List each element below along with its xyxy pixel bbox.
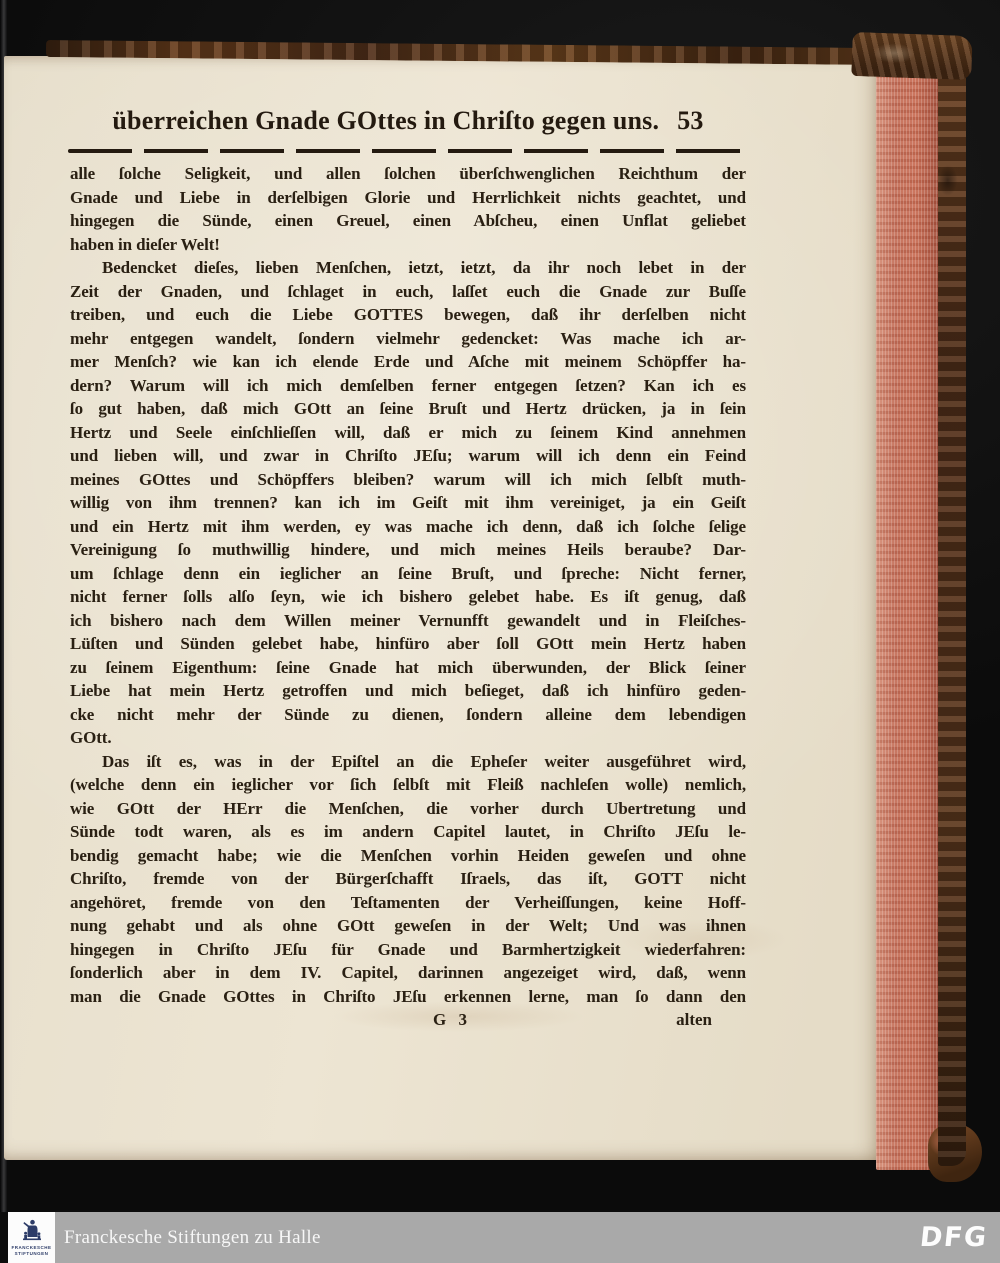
running-header: überreichen Gnade GOttes in Chriſto gege…	[70, 106, 746, 136]
text-block: alle ſolche Seligkeit, und allen ſolchen…	[70, 162, 746, 1008]
text-line: Zeit der Gnaden, und ſchlaget in euch, l…	[70, 280, 746, 304]
logo-caption-line1: FRANCKESCHE	[11, 1245, 51, 1251]
signature-mark: G 3	[433, 1008, 471, 1032]
text-line: meines GOttes und Schöpffers bleiben? wa…	[70, 468, 746, 492]
book-cover-corner	[851, 32, 972, 80]
text-line: (welche denn ein ieglicher vor ſich ſelb…	[70, 773, 746, 797]
text-line: ſo gut haben, daß mich GOtt an ſeine Bru…	[70, 397, 746, 421]
text-line: cke nicht mehr der Sünde zu dienen, ſond…	[70, 703, 746, 727]
signature-row: G 3 alten	[70, 1008, 746, 1032]
page-number: 53	[677, 106, 703, 135]
text-line: alle ſolche Seligkeit, und allen ſolchen…	[70, 162, 746, 186]
catchword: alten	[676, 1008, 712, 1032]
text-line: und ein Hertz mit ihm werden, ey was mac…	[70, 515, 746, 539]
text-line: treiben, und euch die Liebe GOTTES beweg…	[70, 303, 746, 327]
running-header-text: überreichen Gnade GOttes in Chriſto gege…	[112, 106, 659, 135]
book-cover-right-edge	[938, 46, 966, 1166]
footer-edge-sliver	[0, 1212, 8, 1263]
text-line: Das iſt es, was in der Epiſtel an die Ep…	[70, 750, 746, 774]
text-line: nung gehabt und als ohne GOtt geweſen in…	[70, 914, 746, 938]
text-line: Liebe hat mein Hertz getroffen und mich …	[70, 679, 746, 703]
book-page: überreichen Gnade GOttes in Chriſto gege…	[4, 56, 878, 1160]
text-line: GOtt.	[70, 726, 746, 750]
francke-statue-icon	[21, 1219, 43, 1243]
franckesche-stiftungen-logo[interactable]: FRANCKESCHE STIFTUNGEN	[8, 1212, 55, 1263]
text-line: um ſchlage denn ein ieglicher an ſeine B…	[70, 562, 746, 586]
text-line: und lieben will, und zwar in Chriſto JEſ…	[70, 444, 746, 468]
text-line: Hertz und Seele einſchlieſſen will, daß …	[70, 421, 746, 445]
text-line: hingegen in Chriſto JEſu für Gnade und B…	[70, 938, 746, 962]
text-line: angehöret, fremde von den Teſtamenten de…	[70, 891, 746, 915]
text-line: man die Gnade GOttes in Chriſto JEſu erk…	[70, 985, 746, 1009]
text-line: Vereinigung ſo muthwillig hindere, und m…	[70, 538, 746, 562]
text-line: dern? Warum will ich mich demſelben fern…	[70, 374, 746, 398]
text-line: haben in dieſer Welt!	[70, 233, 746, 257]
text-line: Gnade und Liebe in derſelbigen Glorie un…	[70, 186, 746, 210]
text-line: ich bishero nach dem Willen meiner Vernu…	[70, 609, 746, 633]
digitized-book-scan: überreichen Gnade GOttes in Chriſto gege…	[0, 0, 1000, 1263]
header-rule	[68, 149, 750, 153]
viewer-footer-bar: FRANCKESCHE STIFTUNGEN Franckesche Stift…	[0, 1212, 1000, 1263]
text-line: mehr entgegen wandelt, ſondern vielmehr …	[70, 327, 746, 351]
text-line: Chriſto, fremde von der Bürgerſchafft Iſ…	[70, 867, 746, 891]
logo-caption-line2: STIFTUNGEN	[11, 1251, 51, 1257]
text-line: zu ſeinem Eigenthum: ſeine Gnade hat mic…	[70, 656, 746, 680]
text-line: wie GOtt der HErr die Menſchen, die vorh…	[70, 797, 746, 821]
logo-caption: FRANCKESCHE STIFTUNGEN	[11, 1245, 51, 1256]
text-line: hingegen die Sünde, einen Greuel, einen …	[70, 209, 746, 233]
text-line: Lüſten und Sünden gelebet habe, hinfüro …	[70, 632, 746, 656]
text-line: Sünde todt waren, als es im andern Capit…	[70, 820, 746, 844]
text-line: mer Menſch? wie kan ich elende Erde und …	[70, 350, 746, 374]
book-fore-edge	[876, 58, 940, 1170]
dfg-logo[interactable]: DFG	[919, 1221, 990, 1252]
text-line: bendig gemacht habe; wie die Menſchen vo…	[70, 844, 746, 868]
text-line: willig von ihm trennen? kan ich im Geiſt…	[70, 491, 746, 515]
text-line: ſonderlich aber in dem IV. Capitel, dari…	[70, 961, 746, 985]
text-line: nicht ferner ſolls alſo ſeyn, wie ich bi…	[70, 585, 746, 609]
institution-name: Franckesche Stiftungen zu Halle	[64, 1227, 321, 1249]
text-line: Bedencket dieſes, lieben Menſchen, ietzt…	[70, 256, 746, 280]
